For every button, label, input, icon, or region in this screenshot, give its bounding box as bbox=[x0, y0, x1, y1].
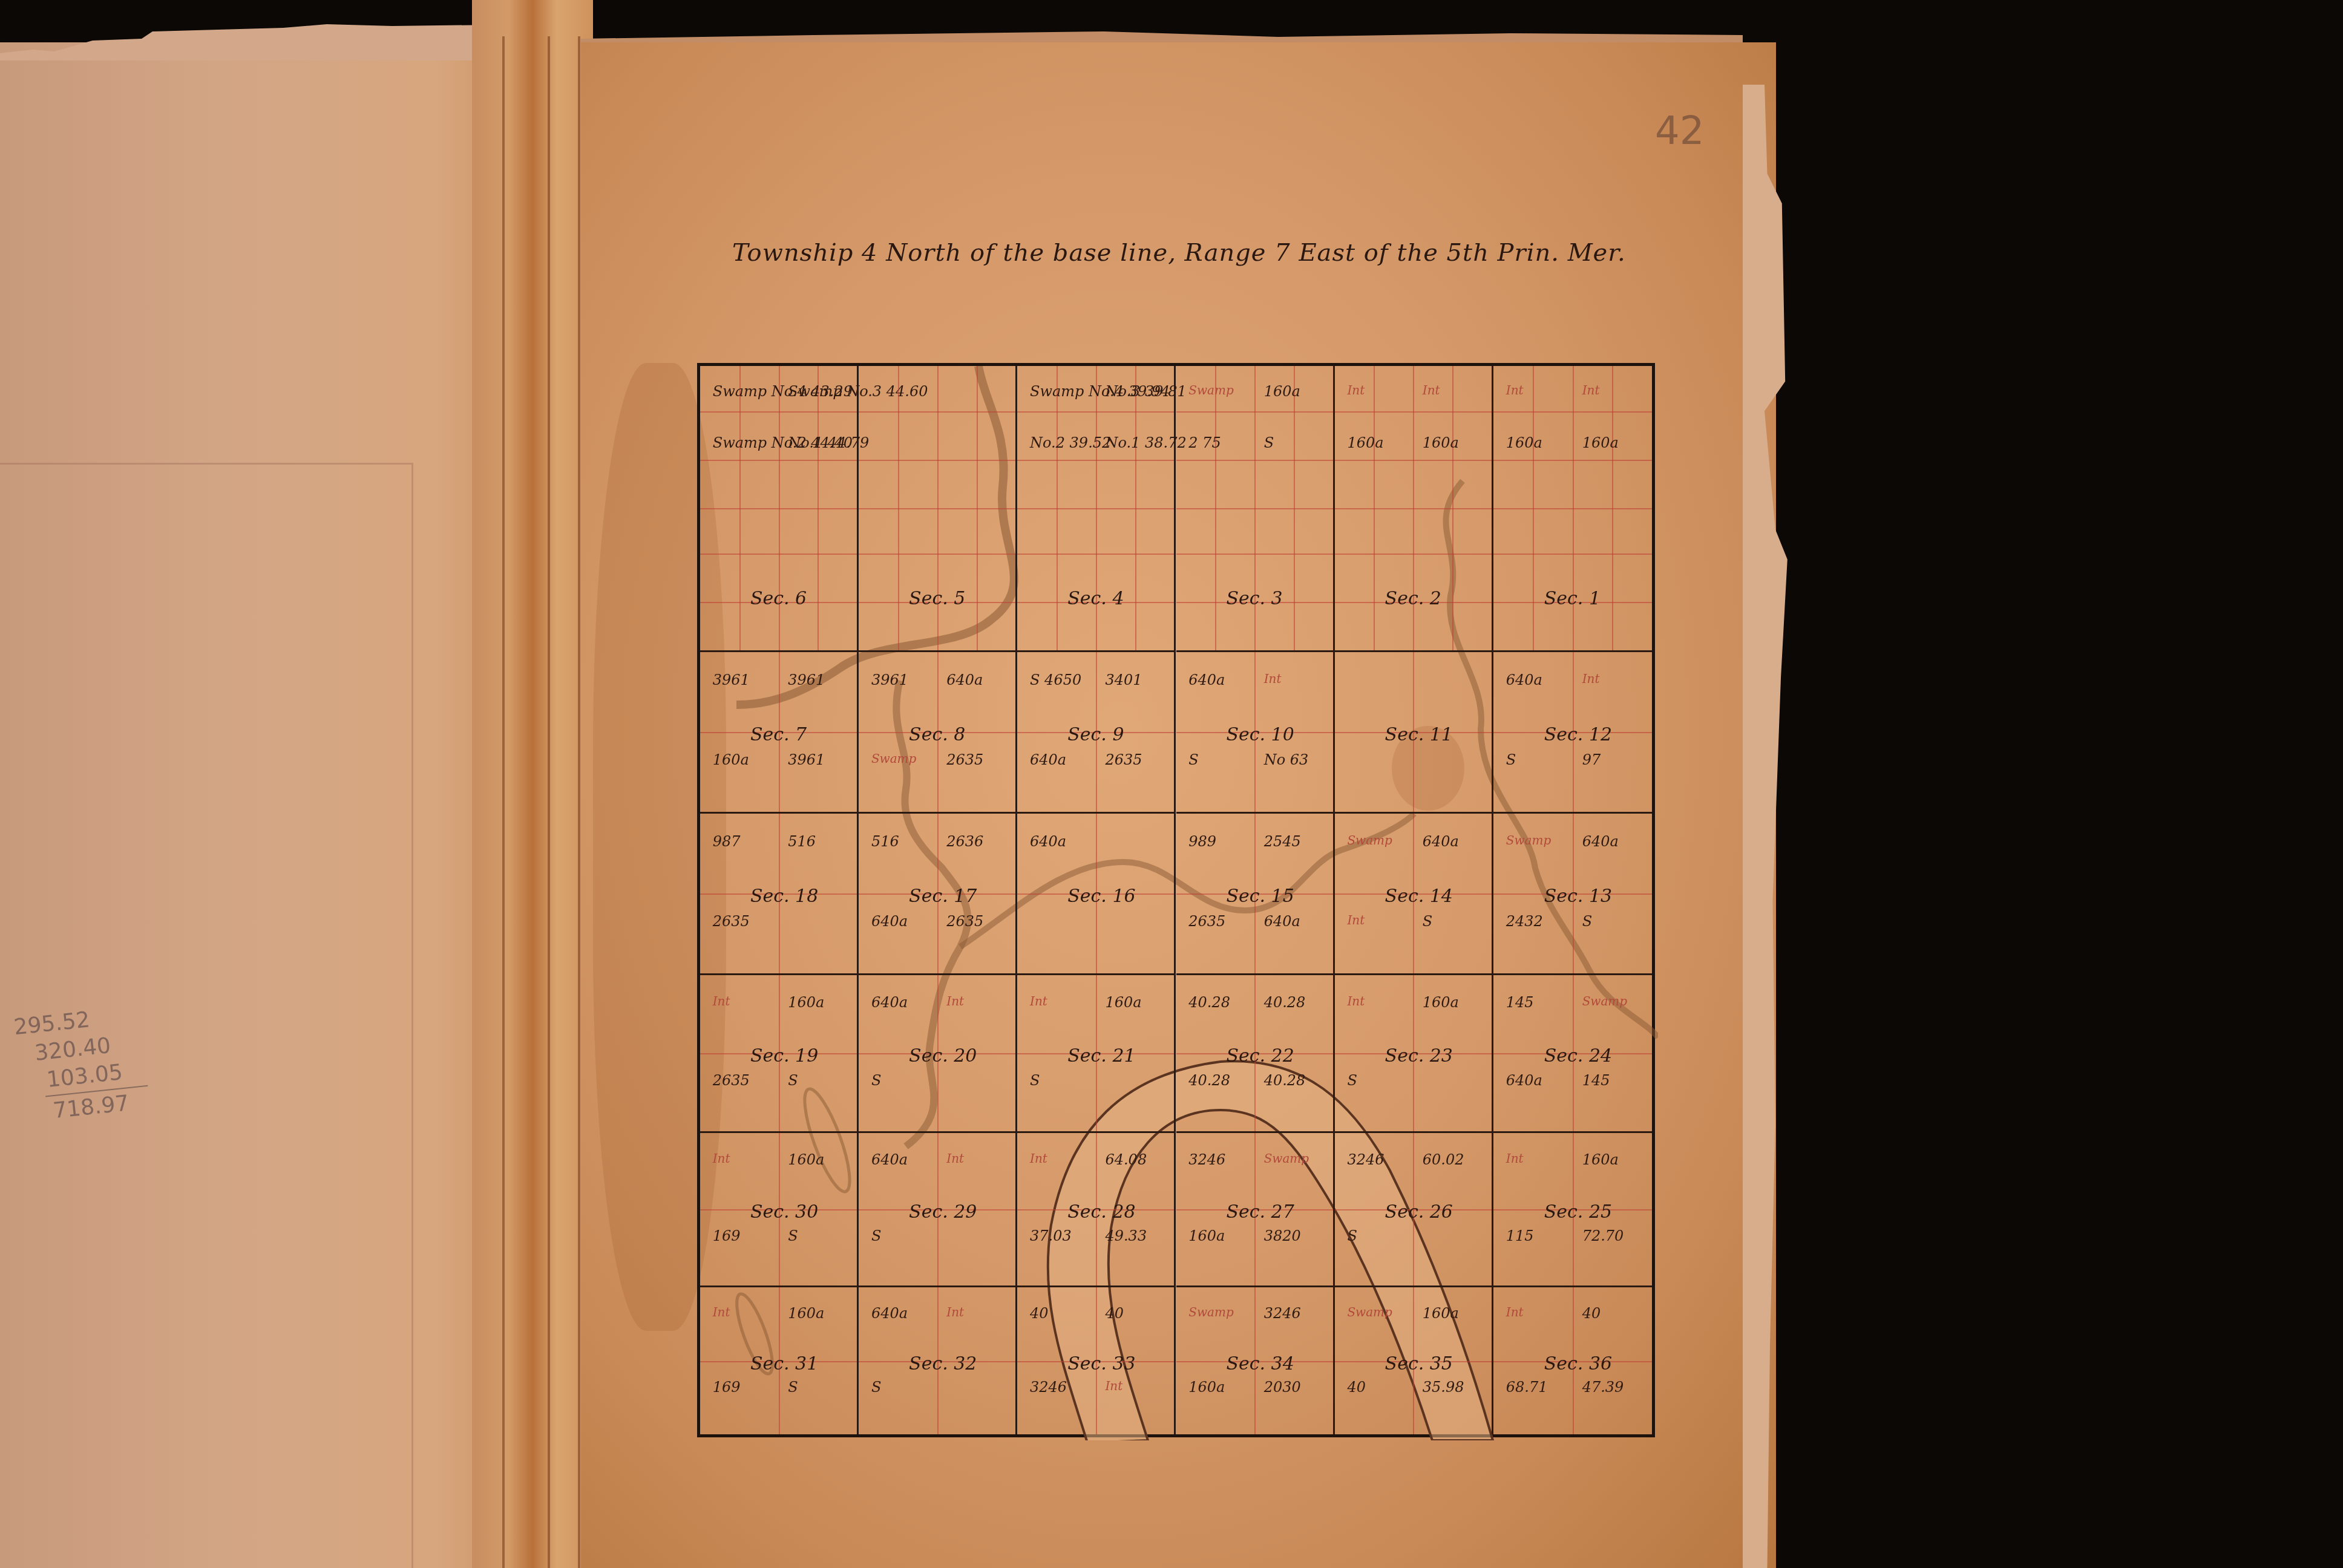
lot-line bbox=[859, 411, 1015, 413]
pencil-calculation: 295.52 320.40 103.05 718.97 bbox=[13, 1001, 151, 1129]
plat-annotation: No.2 39.52 bbox=[1030, 434, 1111, 451]
plat-annotation: 35.98 bbox=[1423, 1379, 1464, 1396]
plat-annotation: 640a bbox=[1030, 751, 1066, 768]
plat-annotation: 2636 bbox=[946, 833, 983, 850]
plat-annotation: S bbox=[871, 1379, 881, 1396]
plat-annotation: S bbox=[788, 1072, 798, 1089]
section-10: Sec. 10640aIntSNo 63 bbox=[1176, 652, 1335, 814]
section-16: Sec. 16640a bbox=[1017, 814, 1176, 975]
quarter-line bbox=[1335, 508, 1492, 509]
section-label: Sec. 19 bbox=[750, 1045, 818, 1067]
plat-annotation: 3246 bbox=[1347, 1151, 1384, 1168]
plat-annotation: S bbox=[1347, 1227, 1357, 1244]
section-8: Sec. 83961640aSwamp2635 bbox=[859, 652, 1017, 814]
plat-annotation: 640a bbox=[1188, 671, 1225, 688]
section-23: Sec. 23Int160aS bbox=[1335, 975, 1493, 1133]
plat-annotation: 169 bbox=[713, 1379, 741, 1396]
plat-annotation: Int bbox=[1347, 383, 1365, 397]
section-label: Sec. 31 bbox=[750, 1353, 818, 1374]
section-13: Sec. 13Swamp640a2432S bbox=[1493, 814, 1652, 975]
gutter-fold-line bbox=[502, 36, 505, 1568]
plat-annotation: 160a bbox=[1105, 994, 1141, 1011]
plat-annotation: 47.39 bbox=[1582, 1379, 1624, 1396]
plat-annotation: S bbox=[1506, 751, 1516, 768]
plat-annotation: 40.28 bbox=[1264, 1072, 1306, 1089]
plat-annotation: Int bbox=[1423, 383, 1440, 397]
gutter-fold-line bbox=[548, 36, 550, 1568]
lot-line bbox=[859, 460, 1015, 461]
plat-annotation: Int bbox=[946, 994, 964, 1008]
plat-title: Township 4 North of the base line, Range… bbox=[732, 239, 1626, 267]
plat-annotation: 72.70 bbox=[1582, 1227, 1624, 1244]
quarter-line bbox=[1493, 508, 1652, 509]
plat-annotation: 3820 bbox=[1264, 1227, 1301, 1244]
plat-annotation: S bbox=[788, 1379, 798, 1396]
quarter-line bbox=[859, 508, 1015, 509]
lot-line bbox=[1335, 460, 1492, 461]
section-label: Sec. 11 bbox=[1385, 724, 1453, 745]
section-label: Sec. 8 bbox=[909, 724, 965, 745]
plat-annotation: 49.33 bbox=[1105, 1227, 1147, 1244]
township-plat-grid: Sec. 6Swamp No.4 43.29Swamp No.3 44.60Sw… bbox=[697, 363, 1655, 1437]
plat-annotation: 640a bbox=[1582, 833, 1619, 850]
plat-annotation: Swamp bbox=[871, 751, 917, 766]
section-36: Sec. 36Int4068.7147.39 bbox=[1493, 1287, 1652, 1434]
section-label: Sec. 22 bbox=[1226, 1045, 1294, 1067]
section-15: Sec. 1598925452635640a bbox=[1176, 814, 1335, 975]
quarter-line bbox=[1017, 508, 1174, 509]
plat-annotation: Int bbox=[713, 994, 730, 1008]
plat-annotation: 640a bbox=[1506, 671, 1542, 688]
section-29: Sec. 29640aIntS bbox=[859, 1133, 1017, 1287]
plat-annotation: Int bbox=[1582, 671, 1600, 686]
plat-annotation: Int bbox=[1030, 994, 1047, 1008]
section-label: Sec. 29 bbox=[909, 1201, 977, 1223]
plat-annotation: Int bbox=[946, 1151, 964, 1166]
section-11: Sec. 11 bbox=[1335, 652, 1493, 814]
section-22: Sec. 2240.2840.2840.2840.28 bbox=[1176, 975, 1335, 1133]
plat-annotation: 640a bbox=[871, 994, 908, 1011]
lot-line bbox=[1374, 366, 1375, 650]
section-2: Sec. 2IntInt160a160a bbox=[1335, 366, 1493, 652]
section-label: Sec. 17 bbox=[909, 886, 977, 907]
plat-annotation: 40 bbox=[1105, 1305, 1124, 1322]
plat-annotation: No.1 38.72 bbox=[1105, 434, 1186, 451]
lot-line bbox=[1493, 554, 1652, 555]
plat-annotation: 40.28 bbox=[1264, 994, 1306, 1011]
plat-annotation: S bbox=[1347, 1072, 1357, 1089]
plat-annotation: 145 bbox=[1582, 1072, 1610, 1089]
plat-annotation: S bbox=[871, 1072, 881, 1089]
section-20: Sec. 20640aIntS bbox=[859, 975, 1017, 1133]
plat-annotation: 640a bbox=[1264, 913, 1300, 930]
lot-line bbox=[898, 366, 899, 650]
section-label: Sec. 20 bbox=[909, 1045, 977, 1067]
plat-annotation: 640a bbox=[946, 671, 983, 688]
lot-line bbox=[1335, 411, 1492, 413]
plat-annotation: Int bbox=[1105, 1379, 1122, 1393]
quarter-line bbox=[1176, 508, 1333, 509]
plat-annotation: S 4650 bbox=[1030, 671, 1081, 688]
plat-annotation: 516 bbox=[788, 833, 816, 850]
plat-annotation: Int bbox=[1347, 994, 1365, 1008]
lot-line bbox=[1493, 411, 1652, 413]
plat-annotation: Swamp bbox=[1347, 1305, 1392, 1319]
plat-annotation: 2635 bbox=[1105, 751, 1142, 768]
plat-annotation: 640a bbox=[871, 913, 908, 930]
section-12: Sec. 12640aIntS97 bbox=[1493, 652, 1652, 814]
section-label: Sec. 7 bbox=[750, 724, 807, 745]
section-21: Sec. 21Int160aS bbox=[1017, 975, 1176, 1133]
section-3: Sec. 3Swamp160a2 75S bbox=[1176, 366, 1335, 652]
plat-annotation: 989 bbox=[1188, 833, 1216, 850]
section-7: Sec. 739613961160a3961 bbox=[700, 652, 859, 814]
plat-annotation: 160a bbox=[1423, 1305, 1459, 1322]
plat-annotation: 640a bbox=[871, 1151, 908, 1168]
section-label: Sec. 21 bbox=[1067, 1045, 1135, 1067]
lot-line bbox=[1057, 366, 1058, 650]
gutter-fold-line bbox=[578, 36, 580, 1568]
plat-annotation: 3961 bbox=[788, 671, 825, 688]
plat-annotation: No.1 44.79 bbox=[788, 434, 869, 451]
section-label: Sec. 23 bbox=[1385, 1045, 1453, 1067]
section-25: Sec. 25Int160a11572.70 bbox=[1493, 1133, 1652, 1287]
plat-annotation: 640a bbox=[1506, 1072, 1542, 1089]
plat-annotation: S bbox=[1188, 751, 1198, 768]
plat-annotation: 64.08 bbox=[1105, 1151, 1147, 1168]
plat-annotation: 3961 bbox=[788, 751, 825, 768]
section-32: Sec. 32640aIntS bbox=[859, 1287, 1017, 1434]
plat-annotation: Int bbox=[1347, 913, 1365, 927]
plat-annotation: 160a bbox=[788, 1151, 824, 1168]
lot-line bbox=[1176, 460, 1333, 461]
lot-line bbox=[1533, 366, 1534, 650]
section-label: Sec. 16 bbox=[1067, 886, 1135, 907]
section-label: Sec. 14 bbox=[1385, 886, 1453, 907]
section-label: Sec. 25 bbox=[1544, 1201, 1612, 1223]
plat-annotation: Swamp bbox=[1264, 1151, 1309, 1166]
plat-annotation: Int bbox=[1506, 383, 1524, 397]
plat-annotation: 2 75 bbox=[1188, 434, 1221, 451]
plat-annotation: Swamp bbox=[1188, 1305, 1234, 1319]
plat-annotation: 160a bbox=[1582, 1151, 1619, 1168]
plat-annotation: 3246 bbox=[1030, 1379, 1067, 1396]
lot-line bbox=[818, 366, 819, 650]
lot-line bbox=[859, 554, 1015, 555]
plat-annotation: 40 bbox=[1030, 1305, 1049, 1322]
plat-annotation: 160a bbox=[1188, 1379, 1225, 1396]
section-27: Sec. 273246Swamp160a3820 bbox=[1176, 1133, 1335, 1287]
plat-annotation: 2432 bbox=[1506, 913, 1543, 930]
plat-annotation: 640a bbox=[1030, 833, 1066, 850]
section-label: Sec. 1 bbox=[1544, 588, 1601, 609]
plat-annotation: Int bbox=[1506, 1305, 1524, 1319]
plat-annotation: Int bbox=[946, 1305, 964, 1319]
lot-line bbox=[1493, 460, 1652, 461]
section-label: Sec. 28 bbox=[1067, 1201, 1135, 1223]
plat-annotation: 640a bbox=[871, 1305, 908, 1322]
plat-annotation: Swamp bbox=[1347, 833, 1392, 848]
section-label: Sec. 34 bbox=[1226, 1353, 1294, 1374]
plat-annotation: 160a bbox=[1423, 434, 1459, 451]
plat-annotation: 68.71 bbox=[1506, 1379, 1548, 1396]
section-label: Sec. 5 bbox=[909, 588, 965, 609]
section-18: Sec. 189875162635 bbox=[700, 814, 859, 975]
lot-line bbox=[1612, 366, 1613, 650]
plat-annotation: Swamp bbox=[1506, 833, 1552, 848]
plat-annotation: 2545 bbox=[1264, 833, 1301, 850]
section-label: Sec. 32 bbox=[909, 1353, 977, 1374]
lot-line bbox=[700, 411, 857, 413]
section-35: Sec. 35Swamp160a4035.98 bbox=[1335, 1287, 1493, 1434]
section-1: Sec. 1IntInt160a160a bbox=[1493, 366, 1652, 652]
lot-line bbox=[1335, 554, 1492, 555]
plat-annotation: 2635 bbox=[1188, 913, 1225, 930]
plat-annotation: 987 bbox=[713, 833, 741, 850]
plat-annotation: Int bbox=[1030, 1151, 1047, 1166]
plat-annotation: S bbox=[1264, 434, 1274, 451]
plat-annotation: 160a bbox=[1582, 434, 1619, 451]
section-label: Sec. 12 bbox=[1544, 724, 1612, 745]
plat-annotation: 160a bbox=[1506, 434, 1542, 451]
plat-annotation: 160a bbox=[713, 751, 749, 768]
section-label: Sec. 30 bbox=[750, 1201, 818, 1223]
plat-annotation: 2030 bbox=[1264, 1379, 1301, 1396]
lot-line bbox=[1294, 366, 1295, 650]
section-label: Sec. 15 bbox=[1226, 886, 1294, 907]
plat-annotation: 40.28 bbox=[1188, 1072, 1230, 1089]
lot-line bbox=[1017, 411, 1174, 413]
plat-annotation: 3246 bbox=[1188, 1151, 1225, 1168]
section-26: Sec. 26324660.02S bbox=[1335, 1133, 1493, 1287]
plat-annotation: 516 bbox=[871, 833, 899, 850]
section-30: Sec. 30Int160a169S bbox=[700, 1133, 859, 1287]
section-label: Sec. 24 bbox=[1544, 1045, 1612, 1067]
plat-annotation: Int bbox=[1264, 671, 1282, 686]
lot-line bbox=[1215, 366, 1216, 650]
plat-annotation: Int bbox=[1582, 383, 1600, 397]
plat-annotation: 2635 bbox=[713, 1072, 750, 1089]
page-number: 42 bbox=[1655, 109, 1704, 154]
plat-annotation: S bbox=[1423, 913, 1432, 930]
plat-annotation: 169 bbox=[713, 1227, 741, 1244]
section-label: Sec. 36 bbox=[1544, 1353, 1612, 1374]
plat-annotation: 2635 bbox=[946, 913, 983, 930]
section-31: Sec. 31Int160a169S bbox=[700, 1287, 859, 1434]
plat-annotation: No 63 bbox=[1264, 751, 1309, 768]
plat-annotation: Int bbox=[713, 1305, 730, 1319]
section-19: Sec. 19Int160a2635S bbox=[700, 975, 859, 1133]
section-label: Sec. 26 bbox=[1385, 1201, 1453, 1223]
lot-line bbox=[1176, 554, 1333, 555]
lot-line bbox=[1452, 366, 1453, 650]
lot-line bbox=[977, 366, 978, 650]
plat-annotation: 160a bbox=[1423, 994, 1459, 1011]
plat-annotation: 60.02 bbox=[1423, 1151, 1464, 1168]
section-4: Sec. 4Swamp No.4 39.94No.3 39.81No.2 39.… bbox=[1017, 366, 1176, 652]
plat-annotation: 3246 bbox=[1264, 1305, 1301, 1322]
plat-annotation: S bbox=[1582, 913, 1592, 930]
plat-annotation: 160a bbox=[1347, 434, 1383, 451]
lot-line bbox=[1017, 554, 1174, 555]
plat-annotation: Swamp bbox=[1582, 994, 1628, 1008]
section-label: Sec. 13 bbox=[1544, 886, 1612, 907]
lot-line bbox=[700, 460, 857, 461]
section-34: Sec. 34Swamp3246160a2030 bbox=[1176, 1287, 1335, 1434]
plat-annotation: 37.03 bbox=[1030, 1227, 1072, 1244]
plat-annotation: Int bbox=[713, 1151, 730, 1166]
plat-annotation: 160a bbox=[788, 994, 824, 1011]
section-label: Sec. 6 bbox=[750, 588, 807, 609]
plat-annotation: Swamp bbox=[1188, 383, 1234, 397]
section-14: Sec. 14Swamp640aIntS bbox=[1335, 814, 1493, 975]
lot-line bbox=[700, 554, 857, 555]
plat-annotation: 145 bbox=[1506, 994, 1534, 1011]
section-6: Sec. 6Swamp No.4 43.29Swamp No.3 44.60Sw… bbox=[700, 366, 859, 652]
lot-line bbox=[1176, 411, 1333, 413]
plat-annotation: 160a bbox=[788, 1305, 824, 1322]
lot-line bbox=[1135, 366, 1136, 650]
plat-annotation: 160a bbox=[1264, 383, 1300, 400]
section-17: Sec. 175162636640a2635 bbox=[859, 814, 1017, 975]
section-label: Sec. 33 bbox=[1067, 1353, 1135, 1374]
section-label: Sec. 35 bbox=[1385, 1353, 1453, 1374]
plat-annotation: Int bbox=[1506, 1151, 1524, 1166]
plat-annotation: 97 bbox=[1582, 751, 1601, 768]
plat-annotation: 3961 bbox=[871, 671, 908, 688]
section-label: Sec. 3 bbox=[1226, 588, 1282, 609]
plat-annotation: S bbox=[871, 1227, 881, 1244]
plat-annotation: 2635 bbox=[713, 913, 750, 930]
plat-annotation: 3401 bbox=[1105, 671, 1142, 688]
section-label: Sec. 27 bbox=[1226, 1201, 1294, 1223]
plat-annotation: 40 bbox=[1582, 1305, 1601, 1322]
plat-annotation: 2635 bbox=[946, 751, 983, 768]
plat-annotation: No.3 39.81 bbox=[1105, 383, 1186, 400]
quarter-line bbox=[700, 508, 857, 509]
section-24: Sec. 24145Swamp640a145 bbox=[1493, 975, 1652, 1133]
plat-annotation: 115 bbox=[1506, 1227, 1534, 1244]
lot-line bbox=[739, 366, 741, 650]
section-5: Sec. 5 bbox=[859, 366, 1017, 652]
plat-annotation: S bbox=[788, 1227, 798, 1244]
section-label: Sec. 9 bbox=[1067, 724, 1124, 745]
lot-line bbox=[1017, 460, 1174, 461]
book-gutter bbox=[472, 0, 593, 1568]
section-9: Sec. 9S 46503401640a2635 bbox=[1017, 652, 1176, 814]
section-label: Sec. 4 bbox=[1067, 588, 1124, 609]
plat-annotation: 160a bbox=[1188, 1227, 1225, 1244]
section-33: Sec. 3340403246Int bbox=[1017, 1287, 1176, 1434]
section-label: Sec. 2 bbox=[1385, 588, 1441, 609]
section-label: Sec. 18 bbox=[750, 886, 818, 907]
plat-annotation: 640a bbox=[1423, 833, 1459, 850]
plat-annotation: S bbox=[1030, 1072, 1040, 1089]
section-28: Sec. 28Int64.0837.0349.33 bbox=[1017, 1133, 1176, 1287]
section-label: Sec. 10 bbox=[1226, 724, 1294, 745]
plat-annotation: 3961 bbox=[713, 671, 750, 688]
plat-annotation: 40.28 bbox=[1188, 994, 1230, 1011]
plat-annotation: 40 bbox=[1347, 1379, 1366, 1396]
